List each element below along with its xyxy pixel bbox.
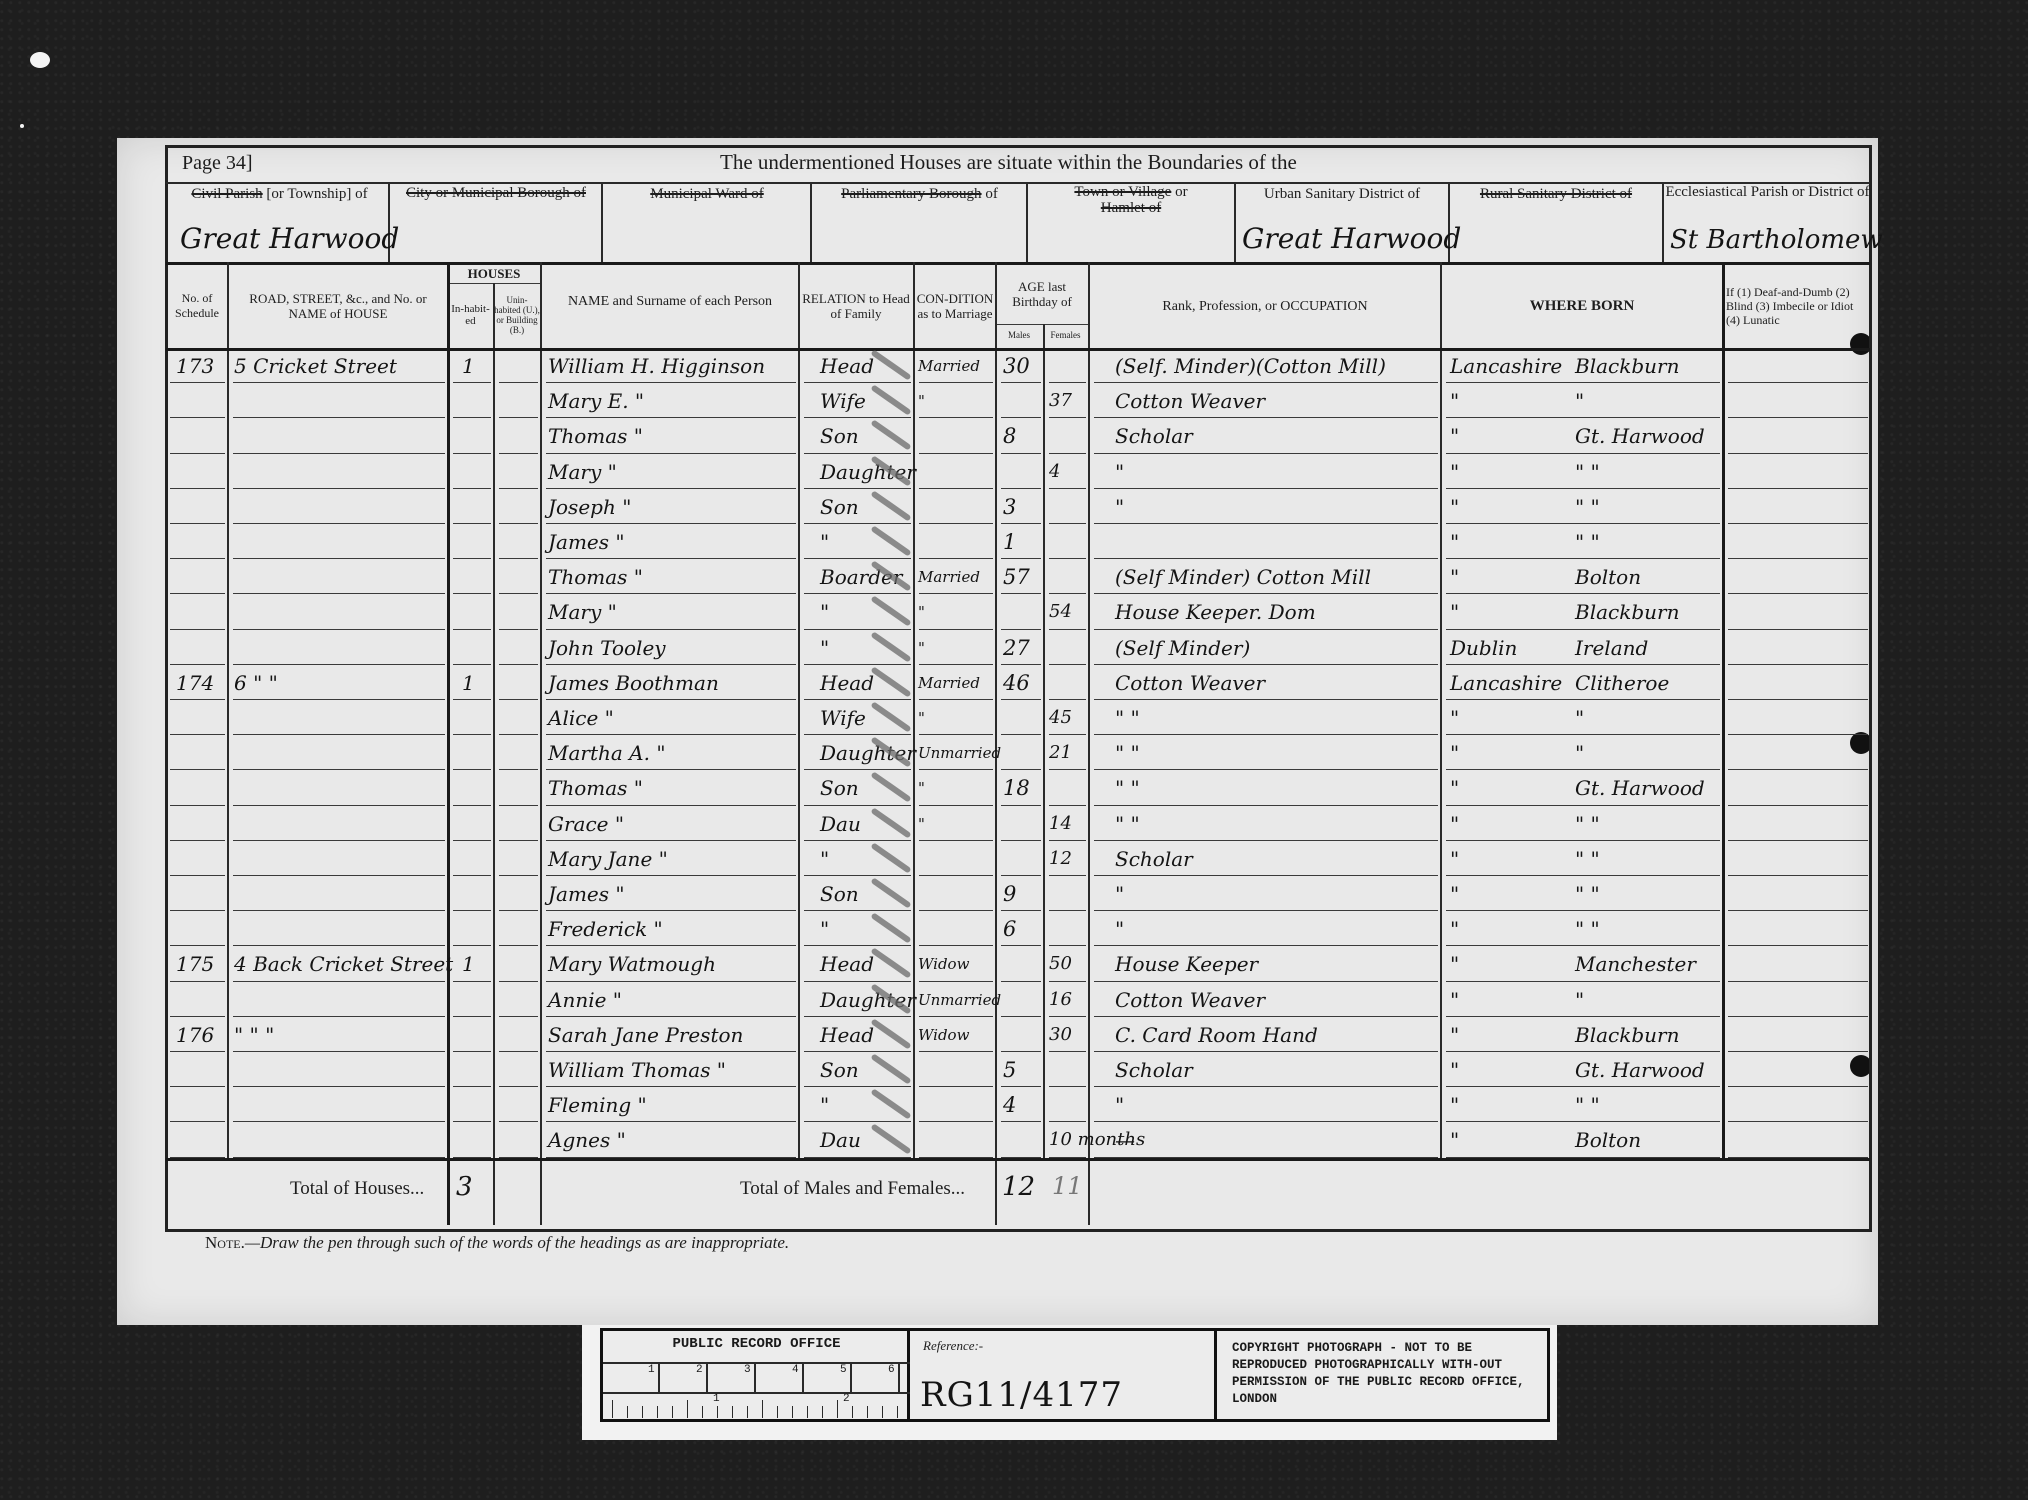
occupation: Cotton Weaver [1115,386,1265,419]
row-rule [919,382,993,383]
row-rule [453,523,491,524]
birthplace-town: " " [1575,844,1600,877]
rule [493,283,495,1225]
row-rule [1728,945,1868,946]
row-rule [1049,769,1086,770]
row-rule [1094,875,1438,876]
row-rule [919,1051,993,1052]
row-rule [1446,875,1720,876]
ecclesiastical-parish-value: St Bartholomew [1670,225,1883,255]
row-rule [804,1086,911,1087]
row-rule [1094,1086,1438,1087]
total-houses-label: Total of Houses... [290,1178,424,1200]
row-rule [546,523,796,524]
schedule-number: 175 [176,949,214,982]
row-rule [804,417,911,418]
relation-to-head: Daughter [820,738,916,771]
row-rule [1001,1121,1041,1122]
birthplace-town: " [1575,985,1584,1018]
row-rule [233,629,445,630]
birthplace-county: Lancashire [1450,351,1562,384]
relation-to-head: Head [820,668,874,701]
male-age: 5 [1003,1055,1016,1088]
occupation: " [1115,492,1124,525]
row-rule [1728,910,1868,911]
row-rule [1446,945,1720,946]
office-title: PUBLIC RECORD OFFICE [603,1336,910,1352]
row-rule [546,1121,796,1122]
row-rule [1001,1086,1041,1087]
row-rule [1728,1016,1868,1017]
row-rule [499,558,538,559]
dust-speck [30,52,50,68]
person-name: Fleming " [548,1090,647,1123]
copyright-notice: COPYRIGHT PHOTOGRAPH - NOT TO BE REPRODU… [1232,1340,1532,1408]
marital-condition: " [918,633,925,666]
row-rule [804,981,911,982]
ruler-tick [837,1400,838,1418]
row-rule [1728,769,1868,770]
row-rule [1094,629,1438,630]
row-rule [170,769,225,770]
occupation: " " [1115,738,1140,771]
scale-number: 4 [792,1364,799,1376]
row-rule [453,1016,491,1017]
row-rule [453,629,491,630]
col-header-occupation: Rank, Profession, or OCCUPATION [1090,266,1440,346]
row-rule [1049,699,1086,700]
row-rule [1001,593,1041,594]
row-rule [1094,558,1438,559]
female-age: 37 [1049,386,1072,419]
row-rule [1446,910,1720,911]
person-name: Mary " [548,457,617,490]
row-rule [1094,945,1438,946]
marital-condition: " [918,809,925,842]
male-age: 57 [1003,562,1030,595]
inhabited-count: 1 [462,949,475,982]
scale-divider [850,1362,852,1392]
row-rule [499,805,538,806]
occupation: (Self Minder) Cotton Mill [1115,562,1371,595]
female-age: 50 [1049,949,1072,982]
marital-condition: Unmarried [918,985,1001,1018]
row-rule [1446,1016,1720,1017]
total-females-value: 11 [1052,1172,1083,1200]
row-rule [546,734,796,735]
row-rule [170,1086,225,1087]
row-rule [1446,769,1720,770]
col-header-inhabited: In-habit-ed [448,284,493,346]
birthplace-county: " [1450,1090,1459,1123]
rule [601,182,603,262]
birthplace-county: " [1450,985,1459,1018]
row-rule [233,805,445,806]
relation-to-head: " [820,527,829,560]
row-rule [1094,1051,1438,1052]
birthplace-town: " " [1575,1090,1600,1123]
male-age: 18 [1003,773,1030,806]
marital-condition: Married [918,668,980,701]
row-rule [546,453,796,454]
female-age: 54 [1049,597,1072,630]
note-prefix: Note. [205,1233,245,1252]
row-rule [1094,593,1438,594]
row-rule [453,417,491,418]
row-rule [919,1121,993,1122]
male-age: 3 [1003,492,1016,525]
row-rule [1001,699,1041,700]
row-rule [804,558,911,559]
col-header-males: Males [996,326,1042,344]
row-rule [1001,840,1041,841]
row-rule [1094,734,1438,735]
row-rule [1001,910,1041,911]
birthplace-county: " [1450,703,1459,736]
scale-divider [658,1362,660,1392]
row-rule [233,1086,445,1087]
birthplace-town: Ireland [1575,633,1648,666]
row-rule [1446,523,1720,524]
ruler-tick [822,1406,823,1418]
row-rule [170,629,225,630]
scale-divider [706,1362,708,1392]
row-rule [170,1016,225,1017]
schedule-number: 176 [176,1020,214,1053]
row-rule [453,593,491,594]
row-rule [1728,734,1868,735]
row-rule [499,1016,538,1017]
row-rule [233,417,445,418]
row-rule [1094,523,1438,524]
birthplace-town: Clitheroe [1575,668,1669,701]
row-rule [919,558,993,559]
relation-to-head: Dau [820,809,861,842]
relation-to-head: Head [820,949,874,982]
row-rule [499,417,538,418]
row-rule [1049,1051,1086,1052]
row-rule [804,1121,911,1122]
row-rule [1728,629,1868,630]
row-rule [919,593,993,594]
row-rule [453,558,491,559]
parliamentary-borough-label: Parliamentary Borough of [813,186,1026,203]
birthplace-county: " [1450,738,1459,771]
row-rule [233,1121,445,1122]
person-name: William Thomas " [548,1055,726,1088]
ruler-tick [792,1406,793,1418]
struck-text: Hamlet of [1101,200,1161,216]
row-rule [1049,875,1086,876]
scale-divider [754,1362,756,1392]
road-address: 5 Cricket Street [234,351,397,384]
row-rule [1446,664,1720,665]
rule [540,262,542,1225]
row-rule [1001,1016,1041,1017]
birthplace-town: Blackburn [1575,351,1679,384]
scale-bottom-label-1: 1 [713,1393,720,1405]
marital-condition: Widow [918,949,969,982]
reference-value: RG11/4177 [920,1375,1123,1415]
row-rule [1094,769,1438,770]
row-rule [1049,910,1086,911]
ruler-tick [627,1406,628,1418]
row-rule [233,910,445,911]
row-rule [804,382,911,383]
ruler-tick [717,1406,718,1418]
row-rule [1094,981,1438,982]
row-rule [804,840,911,841]
row-rule [233,875,445,876]
rule [447,262,450,1225]
row-rule [1049,981,1086,982]
row-rule [499,593,538,594]
marital-condition: " [918,597,925,630]
person-name: Mary " [548,597,617,630]
row-rule [546,805,796,806]
person-name: Martha A. " [548,738,666,771]
row-rule [499,382,538,383]
row-rule [453,769,491,770]
row-rule [919,910,993,911]
person-name: Alice " [548,703,614,736]
row-rule [804,1016,911,1017]
birthplace-county: " [1450,527,1459,560]
female-age: 12 [1049,844,1072,877]
relation-to-head: " [820,597,829,630]
row-rule [453,805,491,806]
row-rule [1446,593,1720,594]
row-rule [453,981,491,982]
row-rule [546,910,796,911]
birthplace-town: " [1575,738,1584,771]
row-rule [919,734,993,735]
rule [166,262,1870,265]
row-rule [804,664,911,665]
row-rule [1094,910,1438,911]
row-rule [1001,453,1041,454]
row-rule [919,1016,993,1017]
row-rule [804,629,911,630]
row-rule [1446,1086,1720,1087]
relation-to-head: Head [820,1020,874,1053]
marital-condition: Married [918,562,980,595]
ruler-tick [612,1400,613,1418]
row-rule [233,945,445,946]
rule [603,1392,910,1394]
row-rule [453,453,491,454]
row-rule [919,453,993,454]
birthplace-town: " " [1575,914,1600,947]
birthplace-county: " [1450,421,1459,454]
ecclesiastical-parish-label: Ecclesiastical Parish or District of [1665,184,1870,200]
row-rule [499,945,538,946]
row-rule [1094,1016,1438,1017]
birthplace-town: Gt. Harwood [1575,1055,1705,1088]
col-header-road: ROAD, STREET, &c., and No. or NAME of HO… [229,266,447,346]
ruler-tick [672,1406,673,1418]
relation-to-head: " [820,844,829,877]
occupation: Cotton Weaver [1115,668,1265,701]
row-rule [1049,488,1086,489]
row-rule [546,664,796,665]
male-age: 6 [1003,914,1016,947]
row-rule [499,769,538,770]
row-rule [1446,382,1720,383]
row-rule [1446,699,1720,700]
row-rule [1728,453,1868,454]
person-name: William H. Higginson [548,351,765,384]
occupation: Cotton Weaver [1115,985,1265,1018]
row-rule [1001,945,1041,946]
scale-number: 1 [648,1364,655,1376]
row-rule [499,1086,538,1087]
row-rule [499,734,538,735]
female-age: 16 [1049,985,1072,1018]
occupation: " " [1115,703,1140,736]
person-name: James " [548,527,625,560]
town-village-label: Town or Village or Hamlet of [1028,184,1234,216]
row-rule [804,593,911,594]
male-age: 4 [1003,1090,1016,1123]
person-name: Sarah Jane Preston [548,1020,743,1053]
row-rule [546,382,796,383]
row-rule [499,699,538,700]
row-rule [919,523,993,524]
person-name: Mary Watmough [548,949,716,982]
marital-condition: " [918,386,925,419]
occupation: Scholar [1115,421,1193,454]
row-rule [1049,945,1086,946]
boundaries-title: The undermentioned Houses are situate wi… [720,150,1297,175]
rule [798,262,800,1158]
male-age: 1 [1003,527,1016,560]
label-text: [or Township] of [266,186,367,202]
row-rule [546,417,796,418]
female-age: 4 [1049,457,1060,490]
occupation: " " [1115,809,1140,842]
relation-to-head: Son [820,492,859,525]
row-rule [170,805,225,806]
occupation: " [1115,879,1124,912]
ruler-tick [702,1406,703,1418]
road-address: 4 Back Cricket Street [234,949,453,982]
rule [1234,182,1236,262]
row-rule [1728,1086,1868,1087]
inhabited-count: 1 [462,668,475,701]
row-rule [170,558,225,559]
form-note: Note.—Draw the pen through such of the w… [205,1233,789,1253]
inhabited-count: 1 [462,351,475,384]
occupation: — [1115,1125,1135,1158]
birthplace-county: " [1450,562,1459,595]
row-rule [1728,981,1868,982]
person-name: James " [548,879,625,912]
row-rule [804,875,911,876]
birthplace-town: " " [1575,879,1600,912]
row-rule [1094,417,1438,418]
row-rule [1446,981,1720,982]
row-rule [233,664,445,665]
birthplace-town: Blackburn [1575,1020,1679,1053]
row-rule [1001,382,1041,383]
row-rule [1049,1121,1086,1122]
row-rule [1094,382,1438,383]
rural-sanitary-label: Rural Sanitary District of [1451,186,1661,203]
rule [1043,324,1045,1158]
row-rule [1446,734,1720,735]
row-rule [1049,629,1086,630]
row-rule [1049,453,1086,454]
person-name: Thomas " [548,562,643,595]
row-rule [170,734,225,735]
row-rule [499,488,538,489]
row-rule [453,1121,491,1122]
occupation: (Self. Minder)(Cotton Mill) [1115,351,1386,384]
person-name: Mary Jane " [548,844,668,877]
birthplace-county: " [1450,597,1459,630]
road-address: 6 " " [234,668,278,701]
row-rule [804,945,911,946]
row-rule [170,1051,225,1052]
page-number: Page 34] [182,152,253,175]
scale-number: 6 [888,1364,895,1376]
row-rule [233,382,445,383]
row-rule [804,769,911,770]
birthplace-county: " [1450,773,1459,806]
row-rule [453,699,491,700]
relation-to-head: Daughter [820,457,916,490]
occupation: " [1115,457,1124,490]
col-header-where-born: WHERE BORN [1442,266,1722,346]
row-rule [1094,453,1438,454]
row-rule [1049,734,1086,735]
row-rule [1728,593,1868,594]
birthplace-county: Lancashire [1450,668,1562,701]
col-header-infirmity: If (1) Deaf-and-Dumb (2) Blind (3) Imbec… [1726,266,1870,346]
row-rule [1728,699,1868,700]
row-rule [1001,805,1041,806]
birthplace-county: " [1450,1055,1459,1088]
row-rule [170,523,225,524]
relation-to-head: Head [820,351,874,384]
row-rule [1049,558,1086,559]
row-rule [919,664,993,665]
occupation: Scholar [1115,844,1193,877]
row-rule [1049,840,1086,841]
struck-text: Civil Parish [191,186,262,202]
row-rule [453,488,491,489]
row-rule [1094,840,1438,841]
birthplace-county: " [1450,809,1459,842]
ruler-tick [897,1406,898,1418]
reference-label: Reference:- [923,1338,983,1354]
relation-to-head: Daughter [820,985,916,1018]
scale-divider [802,1362,804,1392]
row-rule [804,488,911,489]
male-age: 27 [1003,633,1030,666]
row-rule [804,805,911,806]
row-rule [1446,840,1720,841]
birthplace-town: Bolton [1575,1125,1641,1158]
total-males-value: 12 [1002,1172,1035,1202]
marital-condition: Widow [918,1020,969,1053]
row-rule [919,417,993,418]
person-name: John Tooley [548,633,666,666]
rule [1722,262,1725,1158]
occupation: House Keeper [1115,949,1258,982]
dust-speck [20,124,24,128]
